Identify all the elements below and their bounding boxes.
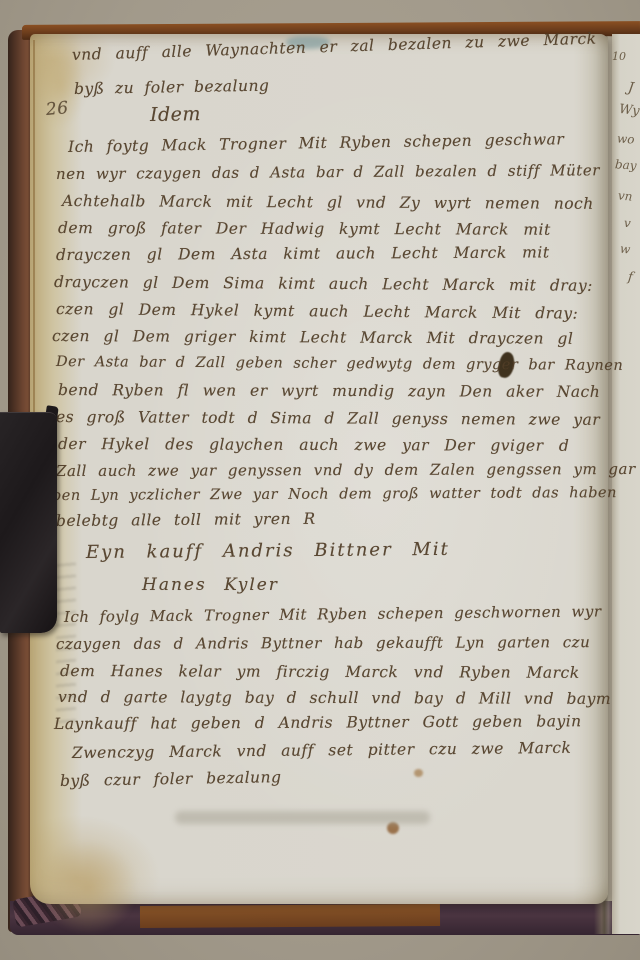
text-line: es groß Vatter todt d Sima d Zall genyss… — [56, 408, 600, 429]
entry-heading-idem: Idem — [150, 103, 201, 126]
text-line: czen gl Dem griger kimt Lecht Marck Mit … — [52, 327, 573, 348]
text-line: vnd d garte laygtg bay d schull vnd bay … — [58, 688, 611, 708]
text-line: dem Hanes kelar ym firczig Marck vnd Ryb… — [60, 662, 580, 682]
text-line: Laynkauff hat geben d Andris Byttner Got… — [54, 712, 582, 733]
text-line: Zall auch zwe yar genyssen vnd dy dem Za… — [56, 460, 636, 480]
text-line: bend Ryben fl wen er wyrt mundig zayn De… — [58, 381, 600, 401]
show-through-text-ghost — [175, 811, 430, 824]
facing-page-number: 10 — [612, 50, 626, 63]
text-line: Achtehalb Marck mit Lecht gl vnd Zy wyrt… — [62, 192, 594, 213]
facing-text-fragment: Wy — [618, 102, 640, 119]
black-leather-flap — [0, 412, 57, 633]
facing-text-fragment: w — [619, 242, 631, 257]
text-line: czaygen das d Andris Byttner hab gekauff… — [56, 633, 590, 653]
facing-text-fragment: bay — [615, 157, 638, 172]
text-line: byß zu foler bezalung — [74, 77, 270, 98]
text-line: nen wyr czaygen das d Asta bar d Zall be… — [56, 161, 600, 183]
margin-page-number: 26 — [45, 98, 69, 120]
corner-stain-bottom-left — [38, 840, 138, 935]
text-line: drayczen gl Dem Sima kimt auch Lecht Mar… — [54, 273, 593, 295]
entry-heading-kauff-2: Hanes Kyler — [142, 575, 279, 595]
manuscript-photo: vnd auff alle Waynachten er zal bezalen … — [0, 0, 640, 960]
brown-spot — [414, 769, 423, 777]
entry-heading-kauff: Eyn kauff Andris Bittner Mit — [86, 539, 450, 563]
facing-text-fragment: wo — [617, 131, 635, 146]
facing-text-fragment: v — [623, 216, 631, 231]
text-line: der Hykel des glaychen auch zwe yar Der … — [58, 435, 569, 455]
bottom-rust-band — [140, 904, 440, 928]
text-line: ben Lyn yczlicher Zwe yar Noch dem groß … — [52, 485, 617, 504]
text-line: drayczen gl Dem Asta kimt auch Lecht Mar… — [56, 243, 550, 264]
facing-text-fragment: vn — [617, 188, 633, 203]
text-line: belebtg alle toll mit yren R — [56, 510, 316, 530]
text-line: dem groß fater Der Hadwig kymt Lecht Mar… — [58, 219, 551, 239]
